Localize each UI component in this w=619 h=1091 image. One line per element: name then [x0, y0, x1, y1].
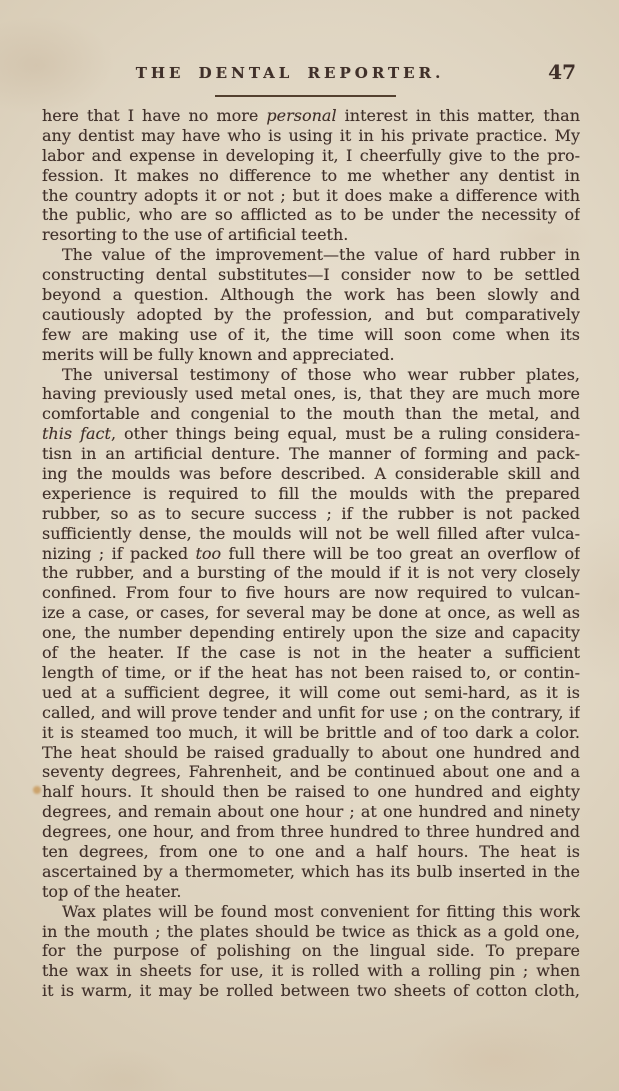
text-line: constructing dental substitutes—I consid…	[42, 265, 580, 285]
text-line: resorting to the use of artificial teeth…	[42, 225, 580, 245]
text-line: ing the moulds was before described. A c…	[42, 464, 580, 484]
text-line: this fact, other things being equal, mus…	[42, 424, 580, 444]
text-line: The value of the improvement—the value o…	[42, 245, 580, 265]
text-line: ten degrees, from one to one and a half …	[42, 842, 580, 862]
text-line: tisn in an artificial denture. The manne…	[42, 444, 580, 464]
text-line: nizing ; if packed too full there will b…	[42, 544, 580, 564]
text-line: one, the number depending entirely upon …	[42, 623, 580, 643]
text-line: for the purpose of polishing on the ling…	[42, 941, 580, 961]
text-line: Wax plates will be found most convenient…	[42, 902, 580, 922]
text-line: the country adopts it or not ; but it do…	[42, 186, 580, 206]
text-line: ascertained by a thermometer, which has …	[42, 862, 580, 882]
text-line: ued at a sufficient degree, it will come…	[42, 683, 580, 703]
text-line: it is steamed too much, it will be britt…	[42, 723, 580, 743]
scanned-page: THE DENTAL REPORTER. 47 here that I have…	[0, 0, 619, 1091]
text-line: fession. It makes no difference to me wh…	[42, 166, 580, 186]
text-line: The universal testimony of those who wea…	[42, 365, 580, 385]
page-header: THE DENTAL REPORTER. 47	[42, 60, 580, 106]
text-line: rubber, so as to secure success ; if the…	[42, 504, 580, 524]
text-line: any dentist may have who is using it in …	[42, 126, 580, 146]
page-content: THE DENTAL REPORTER. 47 here that I have…	[42, 60, 580, 1001]
text-line: cautiously adopted by the profession, an…	[42, 305, 580, 325]
text-line: the rubber, and a bursting of the mould …	[42, 563, 580, 583]
text-line: in the mouth ; the plates should be twic…	[42, 922, 580, 942]
text-line: called, and will prove tender and unfit …	[42, 703, 580, 723]
text-line: it is warm, it may be rolled between two…	[42, 981, 580, 1001]
text-line: comfortable and congenial to the mouth t…	[42, 404, 580, 424]
text-line: confined. From four to five hours are no…	[42, 583, 580, 603]
paragraph: here that I have no more personal intere…	[42, 106, 580, 245]
text-line: few are making use of it, the time will …	[42, 325, 580, 345]
text-line: having previously used metal ones, is, t…	[42, 384, 580, 404]
page-number: 47	[548, 60, 576, 84]
text-line: top of the heater.	[42, 882, 580, 902]
paragraph: The universal testimony of those who wea…	[42, 365, 580, 902]
text-line: half hours. It should then be raised to …	[42, 782, 580, 802]
paragraph: Wax plates will be found most convenient…	[42, 902, 580, 1001]
text-line: of the heater. If the case is not in the…	[42, 643, 580, 663]
text-line: merits will be fully known and appreciat…	[42, 345, 580, 365]
text-line: here that I have no more personal intere…	[42, 106, 580, 126]
text-line: length of time, or if the heat has not b…	[42, 663, 580, 683]
text-line: seventy degrees, Fahrenheit, and be cont…	[42, 762, 580, 782]
text-line: degrees, one hour, and from three hundre…	[42, 822, 580, 842]
text-line: The heat should be raised gradually to a…	[42, 743, 580, 763]
text-line: labor and expense in developing it, I ch…	[42, 146, 580, 166]
page-header-title: THE DENTAL REPORTER.	[42, 64, 538, 82]
text-line: the public, who are so afflicted as to b…	[42, 205, 580, 225]
text-line: experience is required to fill the mould…	[42, 484, 580, 504]
body-text: here that I have no more personal intere…	[42, 106, 580, 1001]
text-line: the wax in sheets for use, it is rolled …	[42, 961, 580, 981]
text-line: beyond a question. Although the work has…	[42, 285, 580, 305]
header-rule	[215, 95, 396, 97]
text-line: sufficiently dense, the moulds will not …	[42, 524, 580, 544]
text-line: degrees, and remain about one hour ; at …	[42, 802, 580, 822]
foxing-spot	[33, 786, 41, 794]
text-line: ize a case, or cases, for several may be…	[42, 603, 580, 623]
paragraph: The value of the improvement—the value o…	[42, 245, 580, 364]
